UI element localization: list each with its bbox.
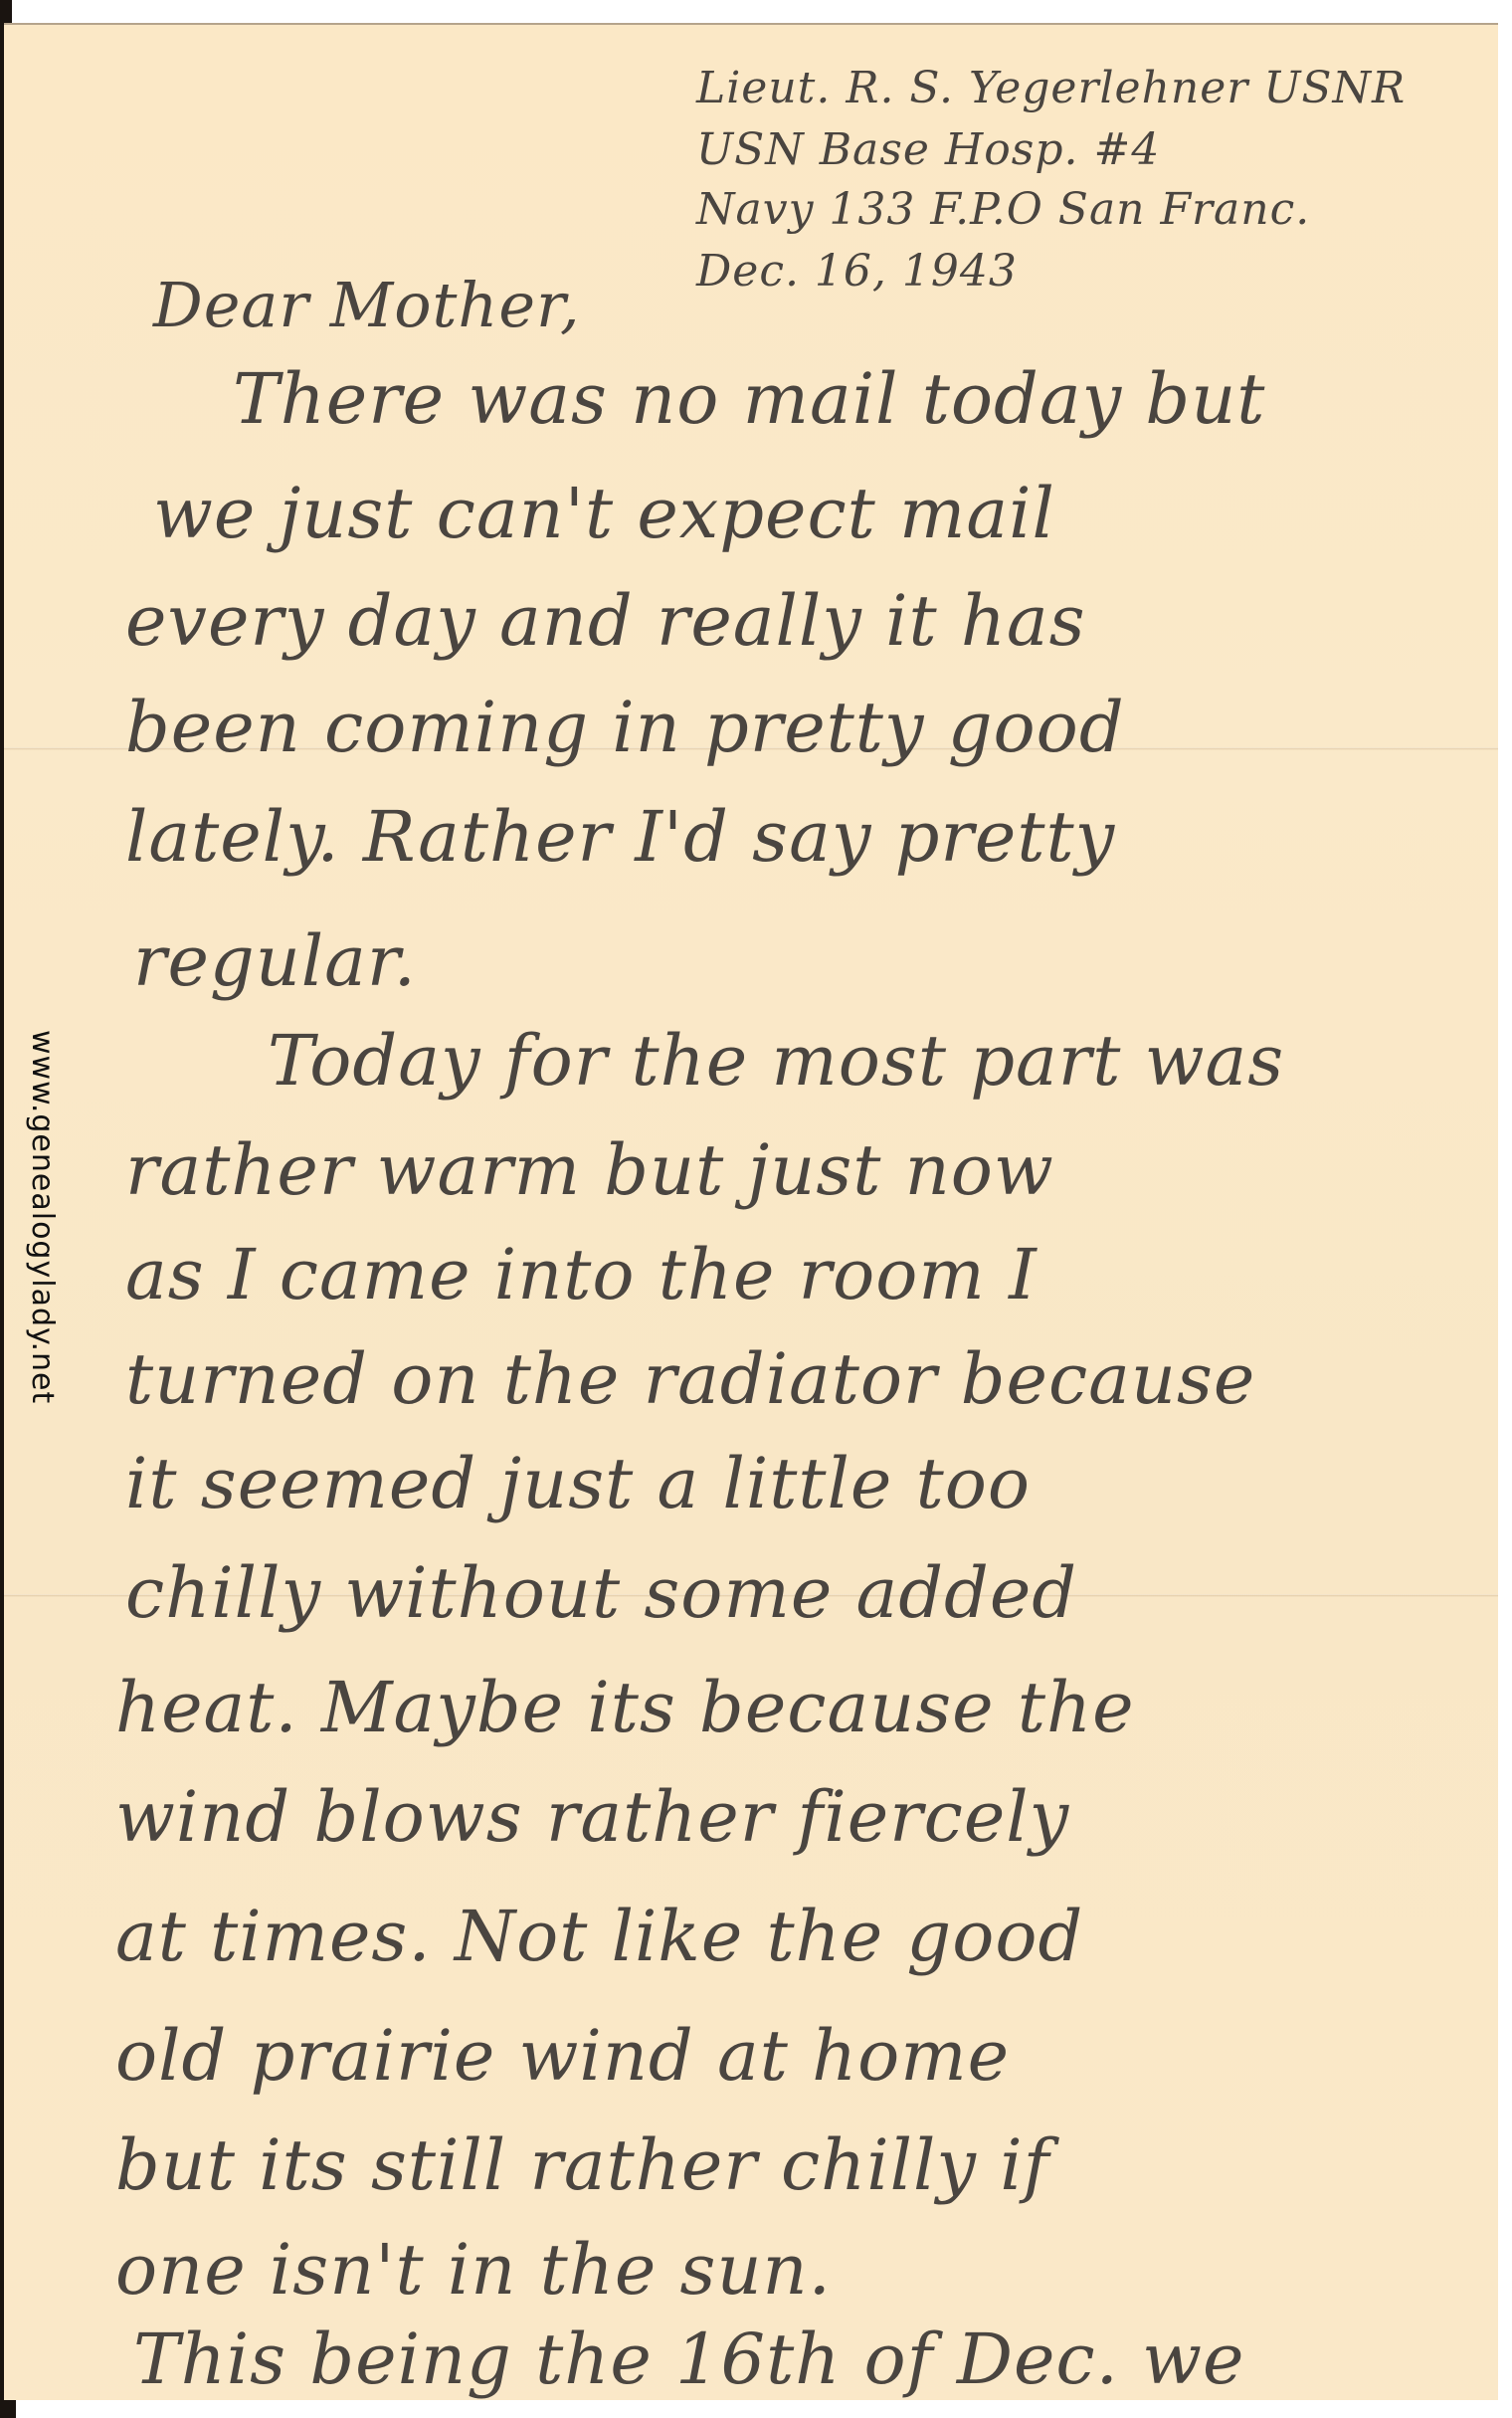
body-line: we just can't expect mail bbox=[153, 473, 1055, 554]
watermark: www.genealogylady.net bbox=[25, 1030, 60, 1404]
body-line: but its still rather chilly if bbox=[115, 2124, 1050, 2206]
body-line: old prairie wind at home bbox=[115, 2015, 1010, 2097]
header-name: Lieut. R. S. Yegerlehner USNR bbox=[696, 63, 1406, 113]
letter-page: Lieut. R. S. Yegerlehner USNR USN Base H… bbox=[4, 23, 1498, 2400]
body-line: wind blows rather fiercely bbox=[115, 1776, 1069, 1858]
body-line: heat. Maybe its because the bbox=[115, 1667, 1135, 1748]
body-line: There was no mail today but bbox=[233, 358, 1265, 440]
scan-edge-bottom bbox=[0, 2400, 16, 2418]
scan-edge-top bbox=[0, 0, 12, 24]
body-line: Today for the most part was bbox=[268, 1020, 1284, 1102]
body-line: at times. Not like the good bbox=[115, 1896, 1083, 1977]
body-line: rather warm but just now bbox=[125, 1129, 1054, 1211]
body-line: regular. bbox=[133, 920, 417, 1002]
body-line: lately. Rather I'd say pretty bbox=[125, 796, 1115, 878]
body-line: turned on the radiator because bbox=[125, 1338, 1255, 1420]
body-line: been coming in pretty good bbox=[125, 687, 1125, 768]
header-address: Navy 133 F.P.O San Franc. bbox=[696, 184, 1310, 235]
salutation: Dear Mother, bbox=[153, 269, 581, 341]
body-line: This being the 16th of Dec. we bbox=[133, 2318, 1244, 2400]
header-date: Dec. 16, 1943 bbox=[696, 246, 1018, 297]
header-unit: USN Base Hosp. #4 bbox=[696, 124, 1160, 175]
body-line: one isn't in the sun. bbox=[115, 2229, 832, 2311]
body-line: it seemed just a little too bbox=[125, 1443, 1031, 1524]
body-line: chilly without some added bbox=[125, 1552, 1077, 1634]
body-line: every day and really it has bbox=[125, 580, 1086, 662]
body-line: as I came into the room I bbox=[125, 1234, 1038, 1315]
